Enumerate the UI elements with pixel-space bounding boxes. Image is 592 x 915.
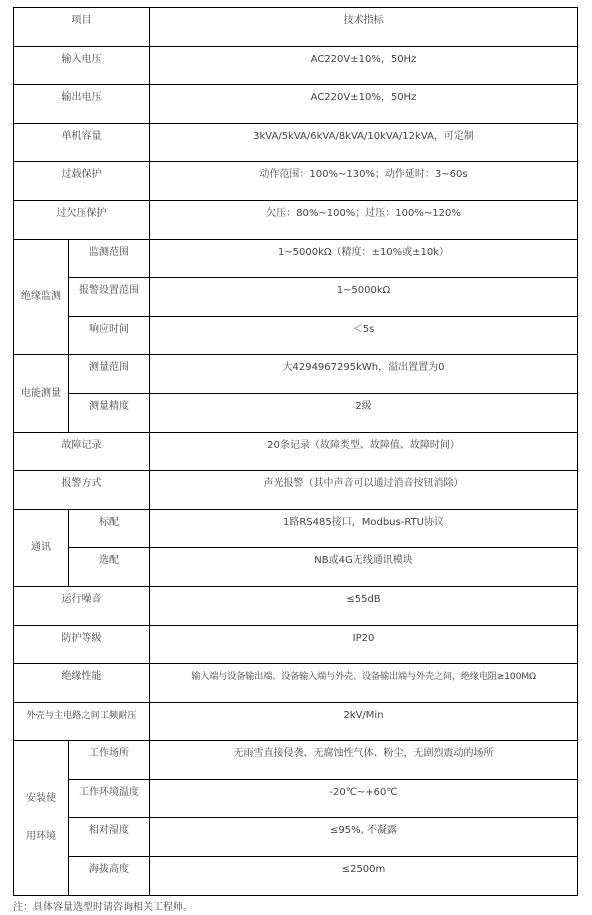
row-value: 欠压：80%~100%；过压：100%~120% <box>150 200 578 239</box>
table-row-env-temperature: 工作环境温度 -20℃~+60℃ <box>14 779 578 818</box>
row-value: IP20 <box>150 625 578 664</box>
row-value: AC220V±10%，50Hz <box>150 85 578 124</box>
table-row-comm-optional: 选配 NB或4G无线通讯模块 <box>14 548 578 587</box>
table-row-withstand-voltage: 外壳与主电路之间工频耐压 2kV/Min <box>14 702 578 741</box>
row-value: ≤2500m <box>150 857 578 896</box>
row-label: 绝缘性能 <box>14 664 150 703</box>
table-row-energy-accuracy: 测量精度 2级 <box>14 393 578 432</box>
group-label-line1: 安装使 <box>14 780 68 818</box>
row-value: -20℃~+60℃ <box>150 779 578 818</box>
sub-label: 选配 <box>69 548 150 587</box>
row-label: 输入电压 <box>14 46 150 85</box>
table-row-insulation-response-time: 响应时间 ＜5s <box>14 316 578 355</box>
row-label: 过欠压保护 <box>14 200 150 239</box>
row-value: 3kVA/5kVA/6kVA/8kVA/10kVA/12kVA，可定制 <box>150 123 578 162</box>
row-label: 外壳与主电路之间工频耐压 <box>14 702 150 741</box>
table-row-output-voltage: 输出电压 AC220V±10%，50Hz <box>14 85 578 124</box>
table-row-alarm-mode: 报警方式 声光报警（其中声音可以通过消音按钮消除） <box>14 471 578 510</box>
group-label: 安装使 用环境 <box>14 741 69 895</box>
sub-label: 标配 <box>69 509 150 548</box>
table-row-over-under-voltage: 过欠压保护 欠压：80%~100%；过压：100%~120% <box>14 200 578 239</box>
row-value: NB或4G无线通讯模块 <box>150 548 578 587</box>
group-label: 绝缘监测 <box>14 239 69 355</box>
group-label: 通讯 <box>14 509 69 586</box>
table-row-capacity: 单机容量 3kVA/5kVA/6kVA/8kVA/10kVA/12kVA，可定制 <box>14 123 578 162</box>
table-row-noise: 运行噪音 ≤55dB <box>14 586 578 625</box>
table-row-insulation-performance: 绝缘性能 输入端与设备输出端、设备输入端与外壳、设备输出端与外壳之间，绝缘电阻≥… <box>14 664 578 703</box>
row-label: 运行噪音 <box>14 586 150 625</box>
row-label: 单机容量 <box>14 123 150 162</box>
table-row-env-location: 安装使 用环境 工作场所 无雨雪直接侵袭、无腐蚀性气体、粉尘，无剧烈震动的场所 <box>14 741 578 780</box>
table-row-energy-range: 电能测量 测量范围 大4294967295kWh，溢出置置为0 <box>14 355 578 394</box>
sub-label: 工作场所 <box>69 741 150 780</box>
row-value: ＜5s <box>150 316 578 355</box>
row-label: 输出电压 <box>14 85 150 124</box>
group-label: 电能测量 <box>14 355 69 432</box>
header-item: 项目 <box>14 8 150 47</box>
row-value: 2级 <box>150 393 578 432</box>
sub-label: 报警设置范围 <box>69 278 150 317</box>
row-value: ≤95%, 不凝露 <box>150 818 578 857</box>
row-value: 2kV/Min <box>150 702 578 741</box>
row-label: 防护等级 <box>14 625 150 664</box>
table-row-env-humidity: 相对湿度 ≤95%, 不凝露 <box>14 818 578 857</box>
sub-label: 海拔高度 <box>69 857 150 896</box>
sub-label: 工作环境温度 <box>69 779 150 818</box>
row-value: 无雨雪直接侵袭、无腐蚀性气体、粉尘，无剧烈震动的场所 <box>150 741 578 780</box>
table-row-comm-standard: 通讯 标配 1路RS485接口，Modbus-RTU协议 <box>14 509 578 548</box>
table-row-env-altitude: 海拔高度 ≤2500m <box>14 857 578 896</box>
row-label: 故障记录 <box>14 432 150 471</box>
group-label-line2: 用环境 <box>14 818 68 856</box>
row-value: 动作范围：100%~130%；动作延时：3~60s <box>150 162 578 201</box>
sub-label: 测量精度 <box>69 393 150 432</box>
row-value: ≤55dB <box>150 586 578 625</box>
sub-label: 测量范围 <box>69 355 150 394</box>
spec-table: 项目 技术指标 输入电压 AC220V±10%，50Hz 输出电压 AC220V… <box>13 7 578 896</box>
row-label: 过载保护 <box>14 162 150 201</box>
table-row-insulation-alarm-range: 报警设置范围 1~5000kΩ <box>14 278 578 317</box>
row-label: 报警方式 <box>14 471 150 510</box>
sub-label: 监测范围 <box>69 239 150 278</box>
table-header-row: 项目 技术指标 <box>14 8 578 47</box>
table-row-input-voltage: 输入电压 AC220V±10%，50Hz <box>14 46 578 85</box>
row-value: 声光报警（其中声音可以通过消音按钮消除） <box>150 471 578 510</box>
table-row-insulation-monitoring-range: 绝缘监测 监测范围 1~5000kΩ（精度：±10%或±10k） <box>14 239 578 278</box>
header-spec: 技术指标 <box>150 8 578 47</box>
row-value: 输入端与设备输出端、设备输入端与外壳、设备输出端与外壳之间，绝缘电阻≥100MΩ <box>150 664 578 703</box>
table-row-fault-record: 故障记录 20条记录（故障类型、故障值、故障时间） <box>14 432 578 471</box>
row-value: 1路RS485接口，Modbus-RTU协议 <box>150 509 578 548</box>
table-row-protection-level: 防护等级 IP20 <box>14 625 578 664</box>
row-value: 1~5000kΩ（精度：±10%或±10k） <box>150 239 578 278</box>
row-value: 大4294967295kWh，溢出置置为0 <box>150 355 578 394</box>
sub-label: 响应时间 <box>69 316 150 355</box>
row-value: AC220V±10%，50Hz <box>150 46 578 85</box>
table-row-overload: 过载保护 动作范围：100%~130%；动作延时：3~60s <box>14 162 578 201</box>
row-value: 1~5000kΩ <box>150 278 578 317</box>
row-value: 20条记录（故障类型、故障值、故障时间） <box>150 432 578 471</box>
sub-label: 相对湿度 <box>69 818 150 857</box>
footnote: 注：具体容量选型时请咨询相关工程师。 <box>13 898 193 913</box>
